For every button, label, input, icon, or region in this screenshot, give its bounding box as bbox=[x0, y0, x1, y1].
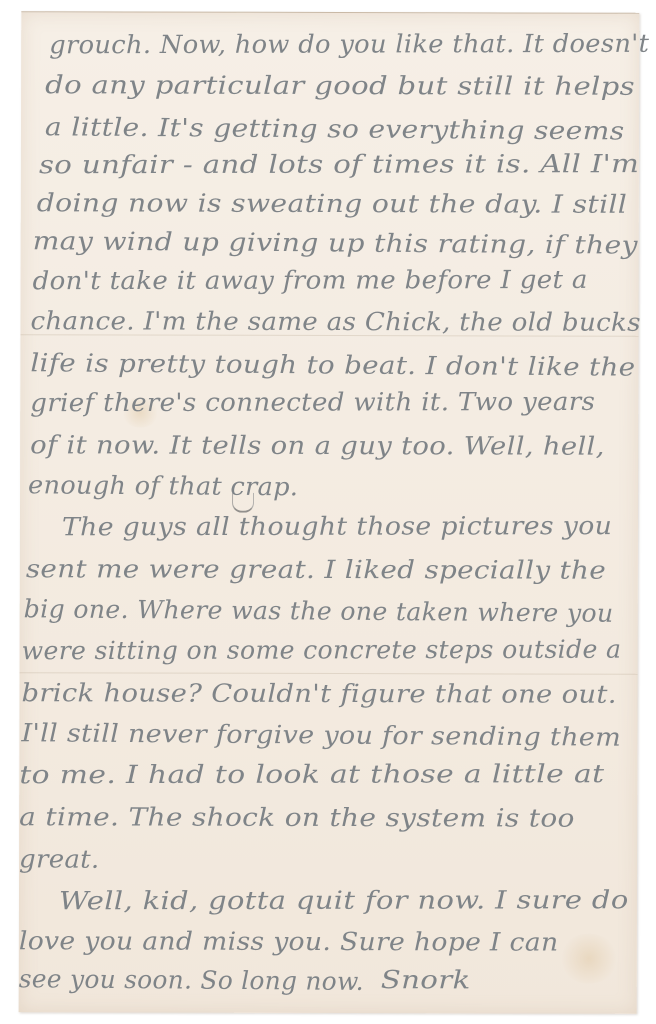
handwritten-line: see you soon. So long now. bbox=[19, 964, 364, 996]
handwritten-line: were sitting on some concrete steps outs… bbox=[22, 635, 622, 666]
handwritten-line: don't take it away from me before I get … bbox=[33, 265, 588, 295]
handwritten-line: big one. Where was the one taken where y… bbox=[24, 594, 614, 628]
handwritten-line: of it now. It tells on a guy too. Well, … bbox=[30, 430, 605, 461]
handwritten-line: doing now is sweating out the day. I sti… bbox=[37, 188, 627, 219]
handwritten-line: to me. I had to look at those a little a… bbox=[19, 759, 604, 789]
handwritten-line: so unfair - and lots of times it is. All… bbox=[39, 149, 639, 179]
handwritten-line: a little. It's getting so everything see… bbox=[45, 112, 625, 145]
handwritten-text-body: grouch. Now, how do you like that. It do… bbox=[21, 12, 639, 14]
paper-stain bbox=[559, 934, 619, 984]
handwritten-line: brick house? Couldn't figure that one ou… bbox=[21, 678, 616, 709]
paper-fold-line bbox=[20, 672, 638, 675]
handwritten-line: a time. The shock on the system is too bbox=[19, 802, 575, 832]
handwritten-line: I'll still never forgive you for sending… bbox=[21, 718, 621, 751]
handwritten-line: do any particular good but still it help… bbox=[45, 70, 635, 101]
handwritten-line: sent me were great. I liked specially th… bbox=[26, 554, 606, 585]
handwritten-line: life is pretty tough to beat. I don't li… bbox=[30, 348, 635, 381]
handwritten-line: Well, kid, gotta quit for now. I sure do bbox=[59, 885, 629, 915]
handwritten-line: grief there's connected with it. Two yea… bbox=[30, 387, 595, 417]
handwritten-line: love you and miss you. Sure hope I can bbox=[19, 926, 559, 956]
handwritten-line: grouch. Now, how do you like that. It do… bbox=[49, 29, 649, 59]
handwritten-line: chance. I'm the same as Chick, the old b… bbox=[30, 306, 640, 337]
letter-page: grouch. Now, how do you like that. It do… bbox=[19, 11, 640, 1014]
signature: Snork bbox=[381, 965, 471, 994]
handwritten-line: enough of that crap. bbox=[28, 470, 298, 501]
handwritten-line: great. bbox=[19, 844, 100, 874]
handwritten-line: The guys all thought those pictures you bbox=[62, 511, 612, 541]
handwritten-line: may wind up giving up this rating, if th… bbox=[33, 226, 638, 259]
